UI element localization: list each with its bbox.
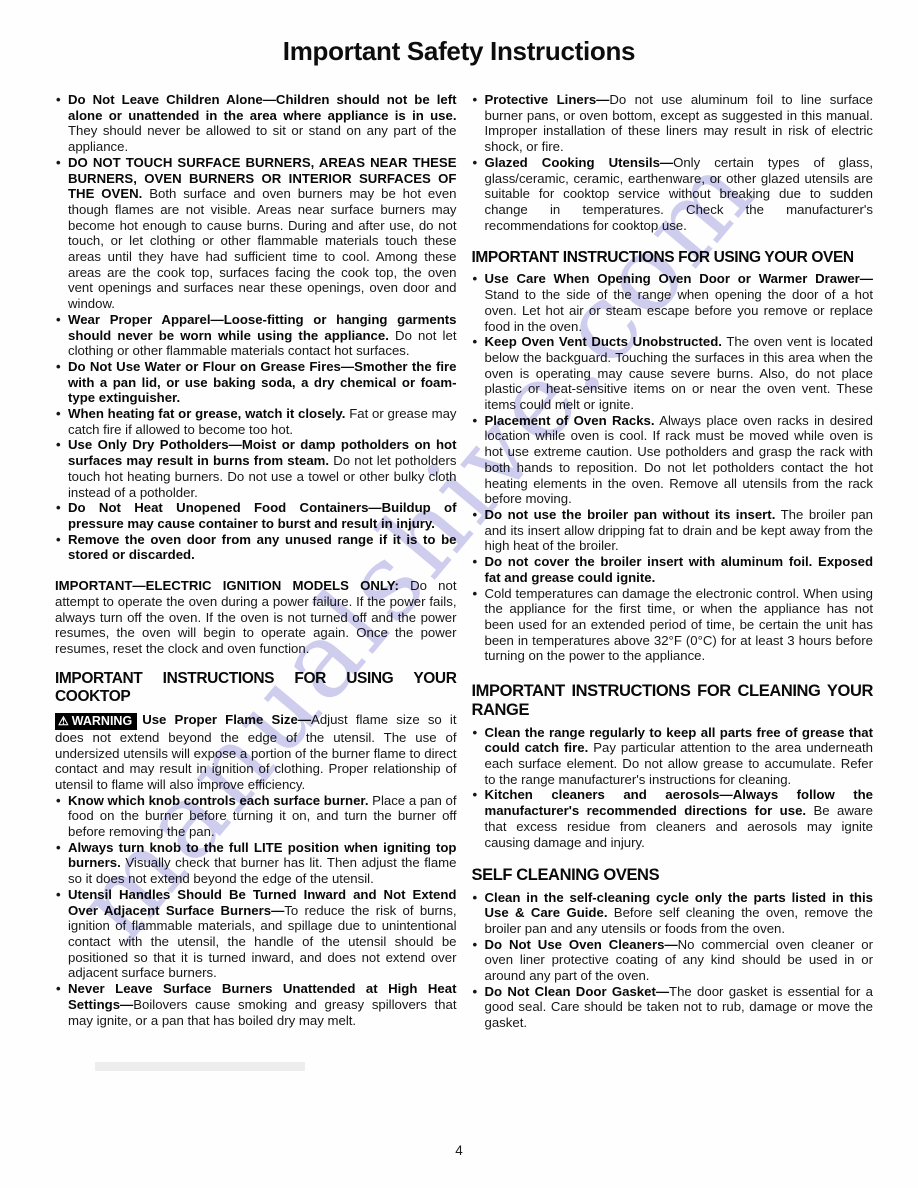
list-item: DO NOT TOUCH SURFACE BURNERS, AREAS NEAR… xyxy=(55,155,457,312)
warning-paragraph: ⚠WARNINGUse Proper Flame Size—Adjust fla… xyxy=(55,712,457,793)
list-item: Wear Proper Apparel—Loose-fitting or han… xyxy=(55,312,457,359)
electric-ignition-lead: IMPORTANT—ELECTRIC IGNITION MODELS ONLY: xyxy=(55,578,399,593)
oven-bullet-list: Use Care When Opening Oven Door or Warme… xyxy=(472,271,874,664)
list-item: Glazed Cooking Utensils—Only certain typ… xyxy=(472,155,874,234)
list-item: Use Care When Opening Oven Door or Warme… xyxy=(472,271,874,334)
list-item: Cold temperatures can damage the electro… xyxy=(472,586,874,665)
faded-scan-artifact xyxy=(95,1062,305,1071)
list-item: Do Not Use Oven Cleaners—No commercial o… xyxy=(472,937,874,984)
list-item: Utensil Handles Should Be Turned Inward … xyxy=(55,887,457,981)
list-item: Clean the range regularly to keep all pa… xyxy=(472,725,874,788)
right-column: Protective Liners—Do not use aluminum fo… xyxy=(472,92,874,1071)
list-item: Clean in the self-cleaning cycle only th… xyxy=(472,890,874,937)
two-column-layout: Do Not Leave Children Alone—Children sho… xyxy=(0,92,918,1071)
list-item: Do Not Clean Door Gasket—The door gasket… xyxy=(472,984,874,1031)
section-heading-cooktop: IMPORTANT INSTRUCTIONS FOR USING YOUR CO… xyxy=(55,670,457,706)
list-item: Use Only Dry Potholders—Moist or damp po… xyxy=(55,437,457,500)
electric-ignition-note: IMPORTANT—ELECTRIC IGNITION MODELS ONLY:… xyxy=(55,578,457,657)
section-heading-selfclean: SELF CLEANING OVENS xyxy=(472,866,874,885)
list-item: Remove the oven door from any unused ran… xyxy=(55,532,457,563)
section-heading-oven: IMPORTANT INSTRUCTIONS FOR USING YOUR OV… xyxy=(472,249,874,267)
left-column: Do Not Leave Children Alone—Children sho… xyxy=(55,92,457,1071)
liners-utensils-bullet-list: Protective Liners—Do not use aluminum fo… xyxy=(472,92,874,233)
warning-badge-label: WARNING xyxy=(72,714,132,728)
document-page: manualshive.com Important Safety Instruc… xyxy=(0,0,918,1188)
general-safety-bullet-list: Do Not Leave Children Alone—Children sho… xyxy=(55,92,457,563)
list-item: Never Leave Surface Burners Unattended a… xyxy=(55,981,457,1028)
list-item: Do Not Use Water or Flour on Grease Fire… xyxy=(55,359,457,406)
list-item: Do Not Heat Unopened Food Containers—Bui… xyxy=(55,500,457,531)
list-item: Protective Liners—Do not use aluminum fo… xyxy=(472,92,874,155)
selfclean-bullet-list: Clean in the self-cleaning cycle only th… xyxy=(472,890,874,1031)
cooktop-bullet-list: Know which knob controls each surface bu… xyxy=(55,793,457,1029)
section-heading-cleaning: IMPORTANT INSTRUCTIONS FOR CLEANING YOUR… xyxy=(472,682,874,721)
list-item: Keep Oven Vent Ducts Unobstructed. The o… xyxy=(472,334,874,413)
cleaning-bullet-list: Clean the range regularly to keep all pa… xyxy=(472,725,874,851)
list-item: Kitchen cleaners and aerosols—Always fol… xyxy=(472,787,874,850)
page-title: Important Safety Instructions xyxy=(0,36,918,67)
warning-badge: ⚠WARNING xyxy=(55,713,137,730)
list-item: Do not cover the broiler insert with alu… xyxy=(472,554,874,585)
page-number: 4 xyxy=(0,1143,918,1158)
list-item: When heating fat or grease, watch it clo… xyxy=(55,406,457,437)
list-item: Know which knob controls each surface bu… xyxy=(55,793,457,840)
warning-lead: Use Proper Flame Size— xyxy=(142,712,311,727)
list-item: Placement of Oven Racks. Always place ov… xyxy=(472,413,874,507)
list-item: Do not use the broiler pan without its i… xyxy=(472,507,874,554)
list-item: Do Not Leave Children Alone—Children sho… xyxy=(55,92,457,155)
list-item: Always turn knob to the full LITE positi… xyxy=(55,840,457,887)
warning-triangle-icon: ⚠ xyxy=(58,714,69,728)
